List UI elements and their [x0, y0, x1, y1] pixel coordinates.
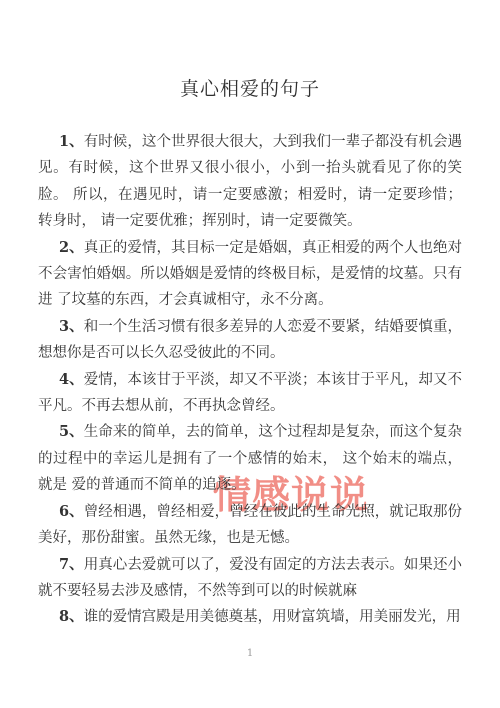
- page-number: 1: [0, 648, 500, 659]
- document-title: 真心相爱的句子: [0, 74, 500, 101]
- paragraph: 1、有时候，这个世界很大很大，大到我们一辈子都没有机会遇 见。有时候，这个世界又…: [38, 129, 462, 235]
- paragraph: 5、生命来的简单，去的简单，这个过程却是复杂，而这个复杂 的过程中的幸运儿是拥有…: [38, 419, 462, 498]
- paragraph-number: 1、: [59, 133, 84, 150]
- document-page: 真心相爱的句子 情感说说 1、有时候，这个世界很大很大，大到我们一辈子都没有机会…: [0, 0, 500, 708]
- paragraph-number: 6、: [59, 503, 84, 520]
- paragraph-number: 4、: [59, 371, 84, 388]
- paragraph: 3、和一个生活习惯有很多差异的人恋爱不要紧，结婚要慎重， 想想你是否可以长久忍受…: [38, 314, 462, 367]
- paragraph-number: 3、: [59, 318, 84, 335]
- paragraph: 2、真正的爱情，其目标一定是婚姻，真正相爱的两个人也绝对 不会害怕婚姻。所以婚姻…: [38, 235, 462, 314]
- paragraph-number: 5、: [59, 423, 84, 440]
- paragraph: 7、用真心去爱就可以了，爱没有固定的方法去表示。如果还小 就不要轻易去涉及感情，…: [38, 552, 462, 605]
- paragraph: 6、曾经相遇，曾经相爱，曾经在彼此的生命光照，就记取那份 美好，那份甜蜜。虽然无…: [38, 499, 462, 552]
- paragraph: 4、爱情，本该甘于平淡，却又不平淡；本该甘于平凡，却又不 平凡。不再去想从前，不…: [38, 367, 462, 420]
- paragraph-number: 7、: [59, 556, 84, 573]
- paragraph: 8、谁的爱情宫殿是用美德奠基，用财富筑墙，用美丽发光，用: [38, 604, 462, 630]
- paragraph-number: 8、: [59, 608, 84, 625]
- paragraph-number: 2、: [59, 239, 84, 256]
- document-body: 1、有时候，这个世界很大很大，大到我们一辈子都没有机会遇 见。有时候，这个世界又…: [38, 129, 462, 631]
